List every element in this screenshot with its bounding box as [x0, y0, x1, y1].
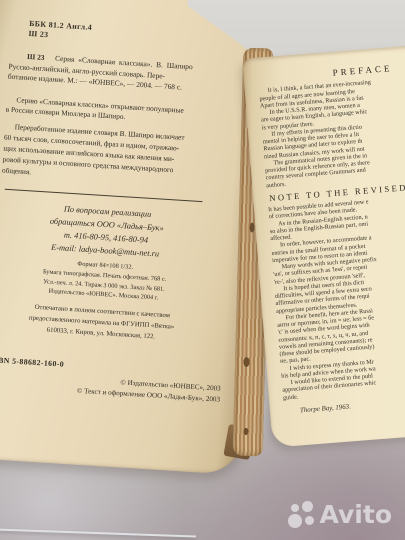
right-page-content: PREFACE It is, I think, a fact that an e…	[258, 59, 405, 426]
entry-label: Ш 23	[27, 52, 45, 64]
printing-block: Отпечатано в полном соответствии с качес…	[0, 299, 211, 346]
preface-text: It is, I think, a fact that an ever-incr…	[259, 71, 405, 189]
contact-block: По вопросам реализацииобращаться ООО «Ла…	[3, 198, 210, 264]
avito-logo-icon	[288, 501, 316, 529]
bbk-block: ББК 81.2 Англ.4 Ш 23	[28, 19, 245, 53]
logo-circle	[291, 504, 299, 512]
left-page-content: ББК 81.2 Англ.4 Ш 23 Ш 23 Серия «Словарн…	[0, 18, 245, 407]
bibliographic-entry: Ш 23 Серия «Словарная классика». В. Шапи…	[8, 51, 244, 97]
avito-watermark: Avito	[288, 501, 392, 529]
left-page: ББК 81.2 Англ.4 Ш 23 Ш 23 Серия «Словарн…	[0, 0, 271, 475]
logo-circle	[302, 501, 313, 512]
book-photo-scene: ББК 81.2 Англ.4 Ш 23 Ш 23 Серия «Словарн…	[0, 0, 405, 540]
logo-circle	[305, 516, 314, 525]
note-text: It has been possible to add several new …	[268, 190, 405, 402]
imprint-block: Формат 84×108 1/32.Бумага типографская. …	[0, 255, 214, 307]
watermark-label: Avito	[320, 501, 392, 529]
logo-circle	[288, 514, 302, 528]
revision-paragraph: Переработанное издание словаря В. Шапиро…	[2, 120, 239, 190]
